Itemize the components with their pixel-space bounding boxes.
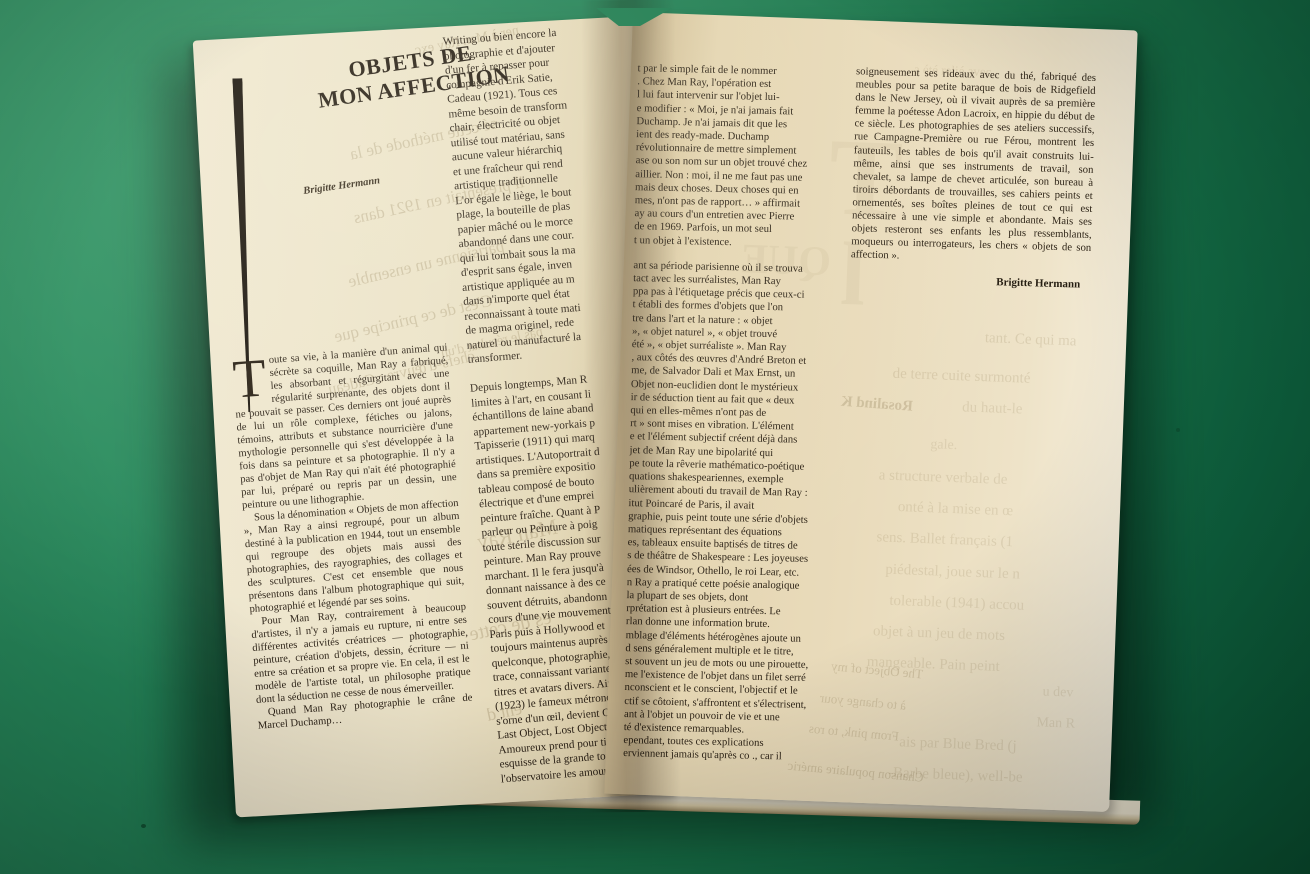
- author-byline: Brigitte Hermann: [303, 175, 381, 197]
- right-page-first-column-clipped-at-spine: t par le simple fait de le nommer. Chez …: [623, 62, 886, 766]
- ghost-text-fragment: tant. Ce qui ma: [985, 330, 1077, 350]
- ghost-text-fragment: de terre cuite surmonté: [892, 366, 1030, 388]
- drop-cap: T: [231, 354, 271, 401]
- backdrop-speck: [1176, 428, 1180, 432]
- ghost-text-fragment: a structure verbale de: [878, 467, 1007, 489]
- ghost-text-fragment: sens. Ballet français (1: [876, 530, 1013, 552]
- ghost-text-fragment: onté à la mise en œ: [898, 499, 1014, 520]
- right-page: TQUEl a été relié avectant. Ce qui made …: [604, 12, 1137, 812]
- ghost-text-fragment: du haut-le: [962, 400, 1023, 419]
- paragraph-text: Sous la dénomination « Objets de mon aff…: [243, 497, 466, 616]
- paragraph-text: oute sa vie, à la manière d'un animal qu…: [235, 342, 457, 511]
- paragraph-lines: ependant, toutes ces explicationservienn…: [623, 734, 871, 766]
- ghost-text-fragment: u dev: [1042, 684, 1073, 701]
- ghost-text-fragment: Man R: [1036, 715, 1075, 732]
- photo-of-open-book: ner à Man Ray excsé cette méthode de lai…: [0, 0, 1310, 874]
- ghost-text-fragment: mangeable. Pain peint: [867, 654, 1000, 676]
- paragraph-lines: ant sa période parisienne où il se trouv…: [624, 259, 882, 739]
- ghost-text-fragment: objet à un jeu de mots: [873, 623, 1006, 645]
- article-paragraphs: Sous la dénomination « Objets de mon aff…: [243, 497, 474, 733]
- paragraph-with-dropcap: Toute sa vie, à la manière d'un animal q…: [231, 341, 458, 512]
- author-signature: Brigitte Hermann: [850, 273, 1090, 293]
- paragraph-text: Pour Man Ray, contrairement à beaucoup d…: [250, 601, 472, 707]
- ghost-text-fragment: -Barbe bleue), well-be: [888, 765, 1023, 787]
- backdrop-speck: [141, 824, 146, 828]
- right-page-second-column: soigneusement ses rideaux avec du thé, f…: [850, 65, 1096, 292]
- ghost-text-fragment: gale.: [930, 438, 957, 455]
- left-column-article-text: Toute sa vie, à la manière d'un animal q…: [231, 341, 473, 732]
- ghost-text-fragment: piédestal, joue sur le n: [885, 561, 1020, 583]
- left-page: ner à Man Ray excsé cette méthode de lai…: [193, 16, 678, 817]
- paragraph-lines: t par le simple fait de le nommer. Chez …: [634, 62, 886, 252]
- ghost-text-fragment: ais par Blue Bred (j: [899, 734, 1017, 755]
- closing-paragraph: soigneusement ses rideaux avec du thé, f…: [851, 65, 1096, 268]
- ghost-text-fragment: tolerable (1941) accou: [889, 593, 1024, 615]
